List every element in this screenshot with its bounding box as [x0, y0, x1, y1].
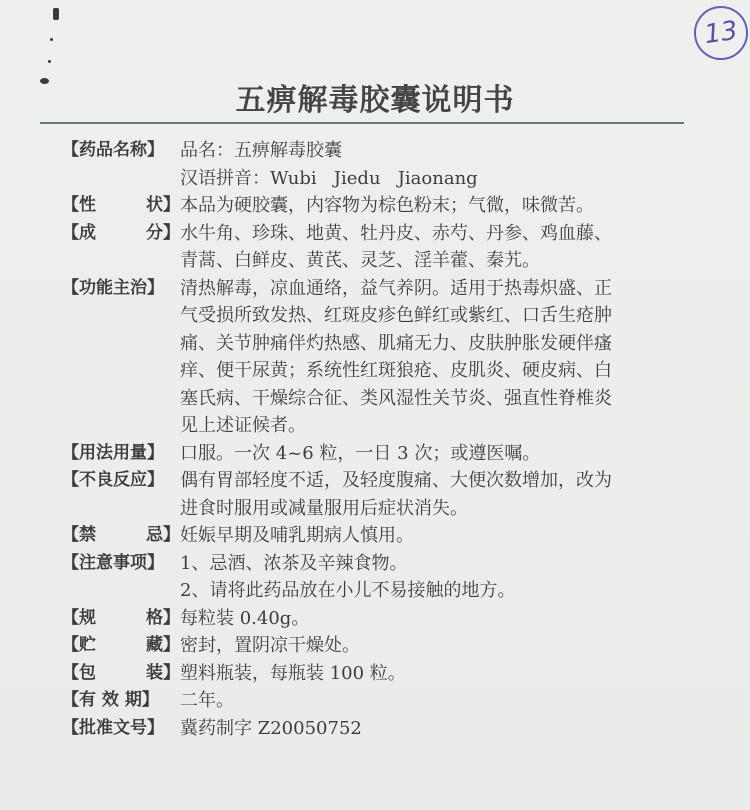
section-label-part: 【批准文号】 [62, 715, 164, 743]
section-text-line: 2、请将此药品放在小儿不易接触的地方。 [180, 577, 702, 605]
section-text-line: 水牛角、珍珠、地黄、牡丹皮、赤芍、丹参、鸡血藤、 [180, 220, 702, 248]
section-text-line: 偶有胃部轻度不适，及轻度腹痛、大便次数增加，改为 [180, 467, 702, 495]
section-text-line: 冀药制字 Z20050752 [180, 715, 702, 743]
section-value: 妊娠早期及哺乳期病人慎用。 [180, 522, 702, 550]
section-row: 【注意事项】1、忌酒、浓茶及辛辣食物。2、请将此药品放在小儿不易接触的地方。 [62, 550, 702, 605]
section-label: 【成分】 [62, 220, 180, 275]
section-text-line: 品名：五痹解毒胶囊 [180, 137, 702, 165]
scanned-page: 13 五痹解毒胶囊说明书 【药品名称】品名：五痹解毒胶囊汉语拼音：Wubi Ji… [0, 0, 750, 810]
section-label-part: 【注意事项】 [62, 550, 164, 605]
section-text-line: 见上述证候者。 [180, 412, 702, 440]
section-text-line: 二年。 [180, 687, 702, 715]
section-label: 【不良反应】 [62, 467, 180, 522]
section-value: 1、忌酒、浓茶及辛辣食物。2、请将此药品放在小儿不易接触的地方。 [180, 550, 702, 605]
section-label: 【禁忌】 [62, 522, 180, 550]
hole-punch-mark [48, 60, 51, 63]
section-label: 【药品名称】 [62, 137, 180, 192]
document-title: 五痹解毒胶囊说明书 [0, 75, 750, 119]
section-value: 水牛角、珍珠、地黄、牡丹皮、赤芍、丹参、鸡血藤、青蒿、白鲜皮、黄芪、灵芝、淫羊藿… [180, 220, 702, 275]
section-text-line: 清热解毒，凉血通络，益气养阴。适用于热毒炽盛、正 [180, 275, 702, 303]
section-row: 【批准文号】冀药制字 Z20050752 [62, 715, 702, 743]
section-label-part: 【包 [62, 660, 96, 688]
section-row: 【包装】塑料瓶装，每瓶装 100 粒。 [62, 660, 702, 688]
section-label-part: 藏】 [146, 632, 180, 660]
section-label: 【性状】 [62, 192, 180, 220]
section-text-line: 妊娠早期及哺乳期病人慎用。 [180, 522, 702, 550]
section-row: 【功能主治】清热解毒，凉血通络，益气养阴。适用于热毒炽盛、正气受损所致发热、红斑… [62, 275, 702, 440]
section-row: 【规格】每粒装 0.40g。 [62, 605, 702, 633]
title-divider [40, 122, 684, 124]
section-label-part: 【规 [62, 605, 96, 633]
section-row: 【贮藏】密封，置阴凉干燥处。 [62, 632, 702, 660]
page-number-circled: 13 [691, 3, 750, 64]
section-value: 塑料瓶装，每瓶装 100 粒。 [180, 660, 702, 688]
section-text-line: 口服。一次 4~6 粒，一日 3 次；或遵医嘱。 [180, 440, 702, 468]
section-text-line: 痒、便干尿黄；系统性红斑狼疮、皮肌炎、硬皮病、白 [180, 357, 702, 385]
section-label-part: 【性 [62, 192, 96, 220]
section-row: 【不良反应】偶有胃部轻度不适，及轻度腹痛、大便次数增加，改为进食时服用或减量服用… [62, 467, 702, 522]
section-value: 密封，置阴凉干燥处。 [180, 632, 702, 660]
section-row: 【禁忌】妊娠早期及哺乳期病人慎用。 [62, 522, 702, 550]
section-text-line: 塞氏病、干燥综合征、类风湿性关节炎、强直性脊椎炎 [180, 385, 702, 413]
section-label-part: 【有 效 期】 [62, 687, 159, 715]
section-value: 口服。一次 4~6 粒，一日 3 次；或遵医嘱。 [180, 440, 702, 468]
section-text-line: 汉语拼音：Wubi Jiedu Jiaonang [180, 165, 702, 193]
section-value: 二年。 [180, 687, 702, 715]
section-label-part: 【用法用量】 [62, 440, 164, 468]
section-label-part: 分】 [146, 220, 180, 275]
section-label-part: 状】 [146, 192, 180, 220]
section-label-part: 忌】 [146, 522, 180, 550]
section-label-part: 【禁 [62, 522, 96, 550]
section-value: 品名：五痹解毒胶囊汉语拼音：Wubi Jiedu Jiaonang [180, 137, 702, 192]
section-row: 【用法用量】口服。一次 4~6 粒，一日 3 次；或遵医嘱。 [62, 440, 702, 468]
section-label-part: 【不良反应】 [62, 467, 164, 522]
section-label: 【功能主治】 [62, 275, 180, 440]
section-row: 【有 效 期】二年。 [62, 687, 702, 715]
section-value: 偶有胃部轻度不适，及轻度腹痛、大便次数增加，改为进食时服用或减量服用后症状消失。 [180, 467, 702, 522]
section-label: 【有 效 期】 [62, 687, 180, 715]
section-text-line: 每粒装 0.40g。 [180, 605, 702, 633]
section-text-line: 青蒿、白鲜皮、黄芪、灵芝、淫羊藿、秦艽。 [180, 247, 702, 275]
section-text-line: 气受损所致发热、红斑皮疹色鲜红或紫红、口舌生疮肿 [180, 302, 702, 330]
section-value: 清热解毒，凉血通络，益气养阴。适用于热毒炽盛、正气受损所致发热、红斑皮疹色鲜红或… [180, 275, 702, 440]
section-label-part: 格】 [146, 605, 180, 633]
section-label-part: 【功能主治】 [62, 275, 164, 440]
section-row: 【成分】水牛角、珍珠、地黄、牡丹皮、赤芍、丹参、鸡血藤、青蒿、白鲜皮、黄芪、灵芝… [62, 220, 702, 275]
section-label: 【注意事项】 [62, 550, 180, 605]
section-label-part: 装】 [146, 660, 180, 688]
leaflet-body: 【药品名称】品名：五痹解毒胶囊汉语拼音：Wubi Jiedu Jiaonang【… [62, 137, 702, 742]
section-label: 【规格】 [62, 605, 180, 633]
section-value: 每粒装 0.40g。 [180, 605, 702, 633]
section-text-line: 痛、关节肿痛伴灼热感、肌痛无力、皮肤肿胀发硬伴瘙 [180, 330, 702, 358]
section-label: 【贮藏】 [62, 632, 180, 660]
hole-punch-mark [53, 8, 59, 20]
section-text-line: 塑料瓶装，每瓶装 100 粒。 [180, 660, 702, 688]
section-value: 本品为硬胶囊，内容物为棕色粉末；气微，味微苦。 [180, 192, 702, 220]
hole-punch-mark [50, 38, 53, 41]
section-text-line: 本品为硬胶囊，内容物为棕色粉末；气微，味微苦。 [180, 192, 702, 220]
section-row: 【性状】本品为硬胶囊，内容物为棕色粉末；气微，味微苦。 [62, 192, 702, 220]
section-text-line: 进食时服用或减量服用后症状消失。 [180, 495, 702, 523]
section-value: 冀药制字 Z20050752 [180, 715, 702, 743]
section-label: 【包装】 [62, 660, 180, 688]
section-text-line: 1、忌酒、浓茶及辛辣食物。 [180, 550, 702, 578]
section-label-part: 【贮 [62, 632, 96, 660]
section-text-line: 密封，置阴凉干燥处。 [180, 632, 702, 660]
section-row: 【药品名称】品名：五痹解毒胶囊汉语拼音：Wubi Jiedu Jiaonang [62, 137, 702, 192]
section-label: 【批准文号】 [62, 715, 180, 743]
section-label-part: 【药品名称】 [62, 137, 164, 192]
section-label: 【用法用量】 [62, 440, 180, 468]
section-label-part: 【成 [62, 220, 96, 275]
